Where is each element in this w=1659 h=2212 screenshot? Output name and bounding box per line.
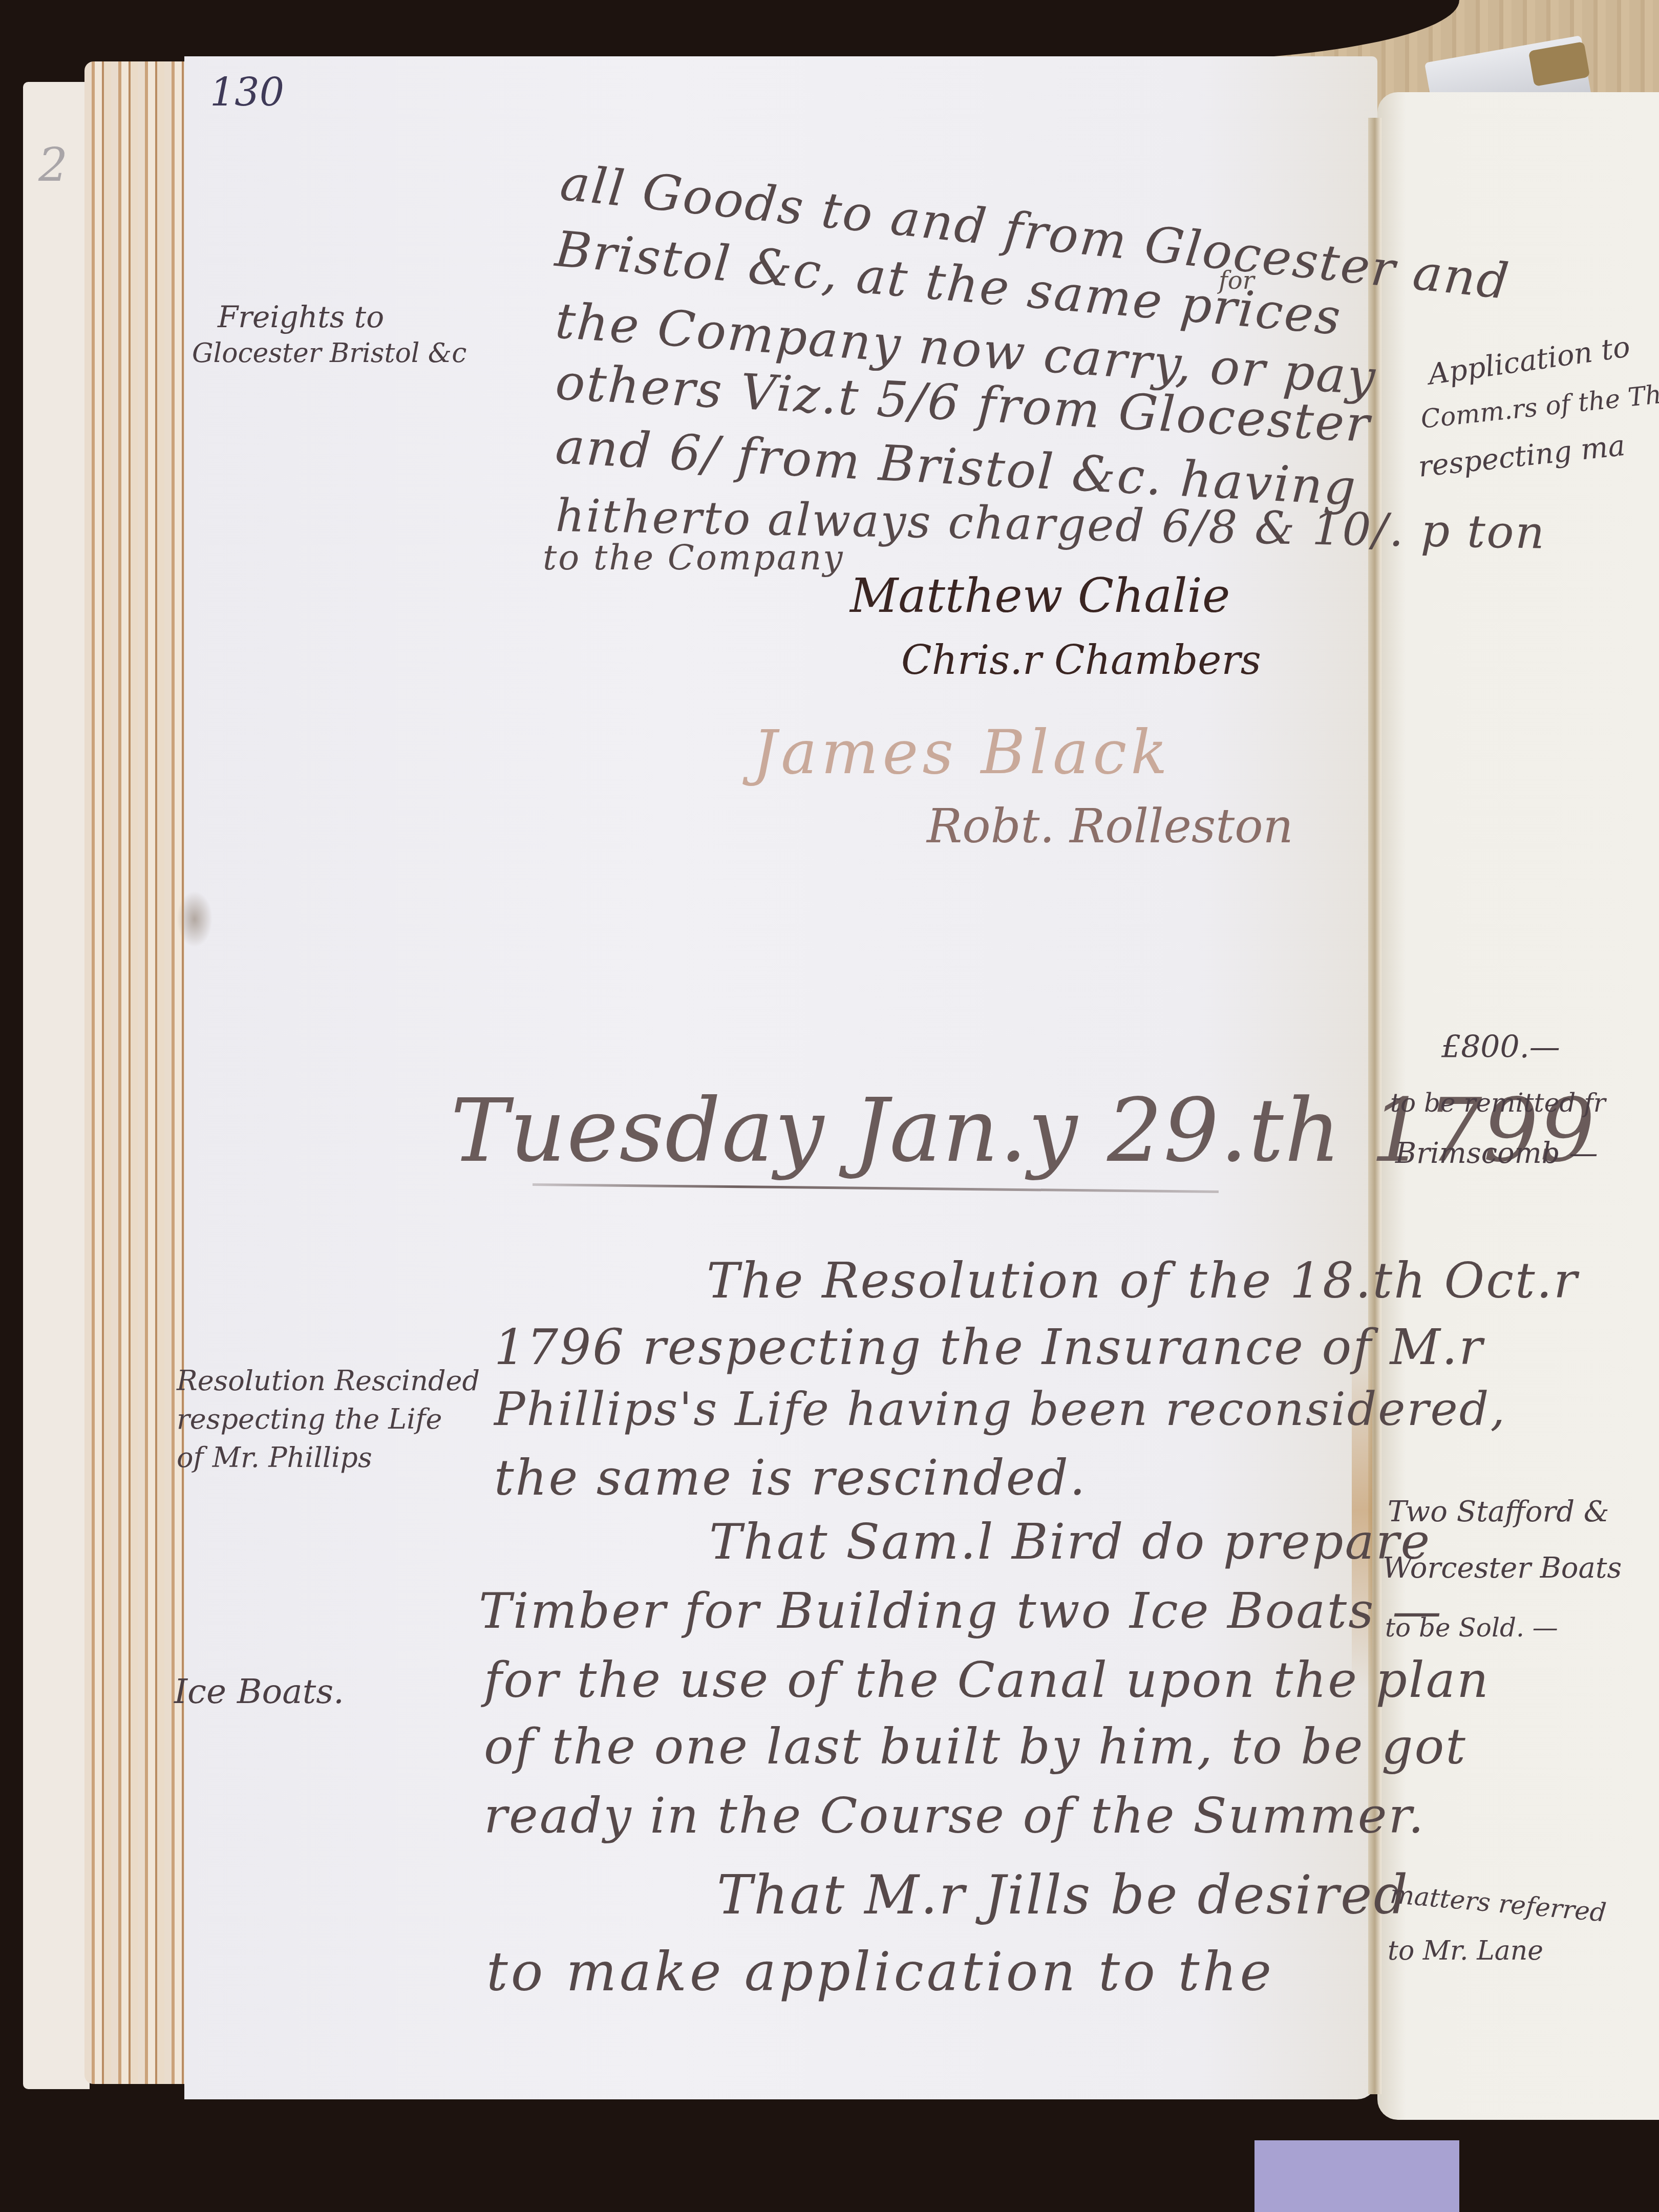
right-margin-remittance: £800.— [1441, 1029, 1560, 1065]
margin-note-rescinded: respecting the Life [177, 1403, 442, 1435]
right-margin-remittance: Brimscomb — [1395, 1137, 1598, 1170]
resolution-line: That M.r Jills be desired [717, 1864, 1409, 1926]
page-number: 130 [210, 69, 284, 115]
page-stack-edges [84, 61, 187, 2084]
margin-note-rescinded: Resolution Rescinded [177, 1365, 480, 1397]
signature: Robt. Rolleston [927, 799, 1293, 854]
resolution-line: Timber for Building two Ice Boats — [479, 1582, 1443, 1640]
right-margin-boats-sold: Worcester Boats [1382, 1551, 1622, 1585]
margin-note-ice-boats: Ice Boats. [174, 1672, 344, 1711]
book-cover-top [0, 0, 1459, 61]
signature: James Black [753, 717, 1172, 788]
resolution-line: The Resolution of the 18.th Oct.r [707, 1252, 1579, 1309]
resolution-line: Phillips's Life having been reconsidered… [494, 1382, 1506, 1436]
ink-blot [177, 891, 212, 947]
interlinear-insertion: for [1219, 266, 1254, 295]
margin-note-rescinded: of Mr. Phillips [177, 1441, 372, 1474]
resolution-line: 1796 respecting the Insurance of M.r [494, 1318, 1484, 1376]
resolution-line: ready in the Course of the Summer. [484, 1787, 1425, 1844]
resolution-line: for the use of the Canal upon the plan [484, 1651, 1490, 1709]
under-page: 2 [23, 82, 90, 2089]
right-margin-boats-sold: to be Sold. — [1385, 1613, 1558, 1643]
resolution-line: of the one last built by him, to be got [484, 1718, 1467, 1775]
resolution-line: to make application to the [486, 1941, 1274, 2003]
main-text-line: to the Company [543, 538, 844, 578]
resolution-line: the same is rescinded. [494, 1449, 1087, 1506]
signature: Matthew Chalie [850, 568, 1230, 623]
under-page-fragment: 2 [38, 138, 68, 192]
margin-note-freights: Glocester Bristol &c [192, 338, 466, 369]
right-margin-matters-referred: to Mr. Lane [1388, 1936, 1543, 1966]
right-margin-boats-sold: Two Stafford & [1388, 1495, 1609, 1528]
cloth-background [1254, 2140, 1459, 2212]
right-margin-remittance: to be remitted fr [1390, 1088, 1606, 1118]
signature: Chris.r Chambers [901, 637, 1261, 684]
resolution-line: That Sam.l Bird do prepare [709, 1513, 1431, 1570]
margin-note-freights: Freights to [218, 300, 384, 334]
